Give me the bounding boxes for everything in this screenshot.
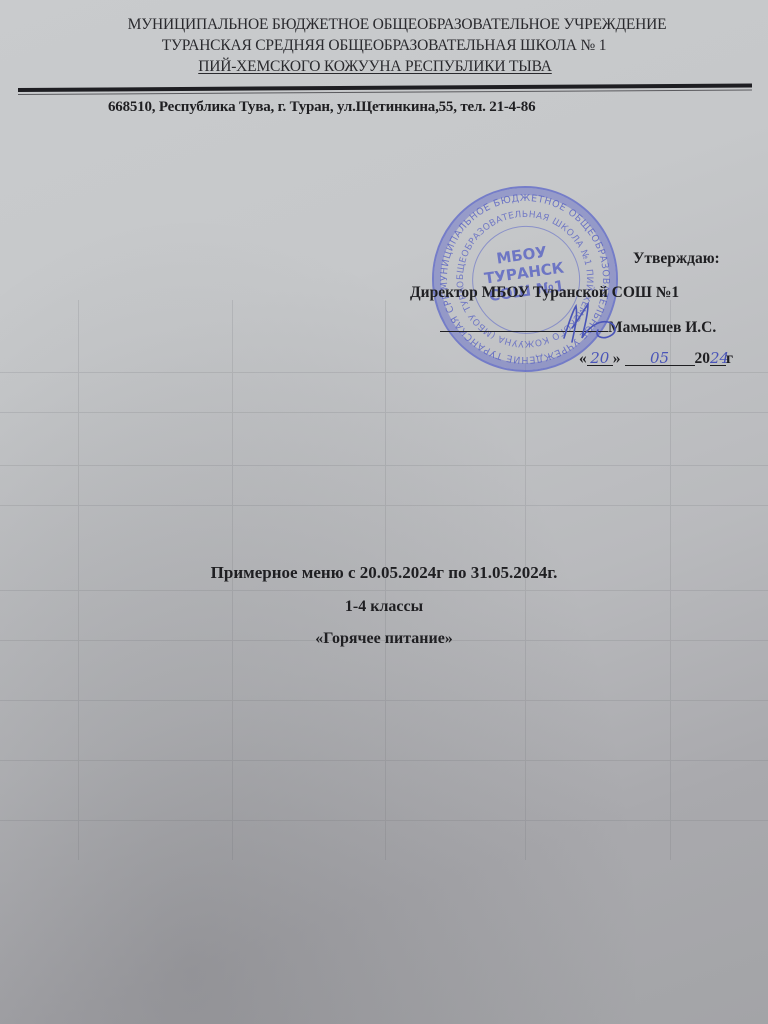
date-day: 20 bbox=[587, 351, 613, 366]
approval-title: Утверждаю: bbox=[633, 250, 720, 268]
signature-icon bbox=[558, 298, 628, 346]
grades-label: 1-4 классы bbox=[0, 598, 768, 616]
paper-shadow bbox=[0, 0, 768, 1024]
date-close-quote: » bbox=[613, 350, 621, 367]
organization-name: МУНИЦИПАЛЬНОЕ БЮДЖЕТНОЕ ОБЩЕОБРАЗОВАТЕЛЬ… bbox=[0, 14, 768, 77]
organization-address: 668510, Республика Тува, г. Туран, ул.Ще… bbox=[108, 99, 535, 116]
date-month: 05 bbox=[625, 351, 695, 366]
meal-type-label: «Горячее питание» bbox=[0, 630, 768, 648]
organization-line-2: ТУРАНСКАЯ СРЕДНЯЯ ОБЩЕОБРАЗОВАТЕЛЬНАЯ ШК… bbox=[0, 35, 768, 56]
menu-title: Примерное меню с 20.05.2024г по 31.05.20… bbox=[0, 563, 768, 583]
approver-role: Директор МБОУ Туранской СОШ №1 bbox=[410, 284, 679, 302]
approval-date: «20»052024г bbox=[579, 350, 733, 368]
date-open-quote: « bbox=[579, 350, 587, 367]
date-year-suffix: 24 bbox=[710, 351, 726, 366]
date-year-unit: г bbox=[726, 350, 733, 367]
reverse-side-show-through bbox=[0, 0, 768, 1024]
document-page: МУНИЦИПАЛЬНОЕ БЮДЖЕТНОЕ ОБЩЕОБРАЗОВАТЕЛЬ… bbox=[0, 0, 768, 1024]
organization-line-3: ПИЙ-ХЕМСКОГО КОЖУУНА РЕСПУБЛИКИ ТЫВА bbox=[198, 56, 552, 77]
date-year-prefix: 20 bbox=[695, 350, 711, 367]
handwritten-signature bbox=[558, 298, 628, 351]
organization-line-1: МУНИЦИПАЛЬНОЕ БЮДЖЕТНОЕ ОБЩЕОБРАЗОВАТЕЛЬ… bbox=[26, 14, 768, 35]
